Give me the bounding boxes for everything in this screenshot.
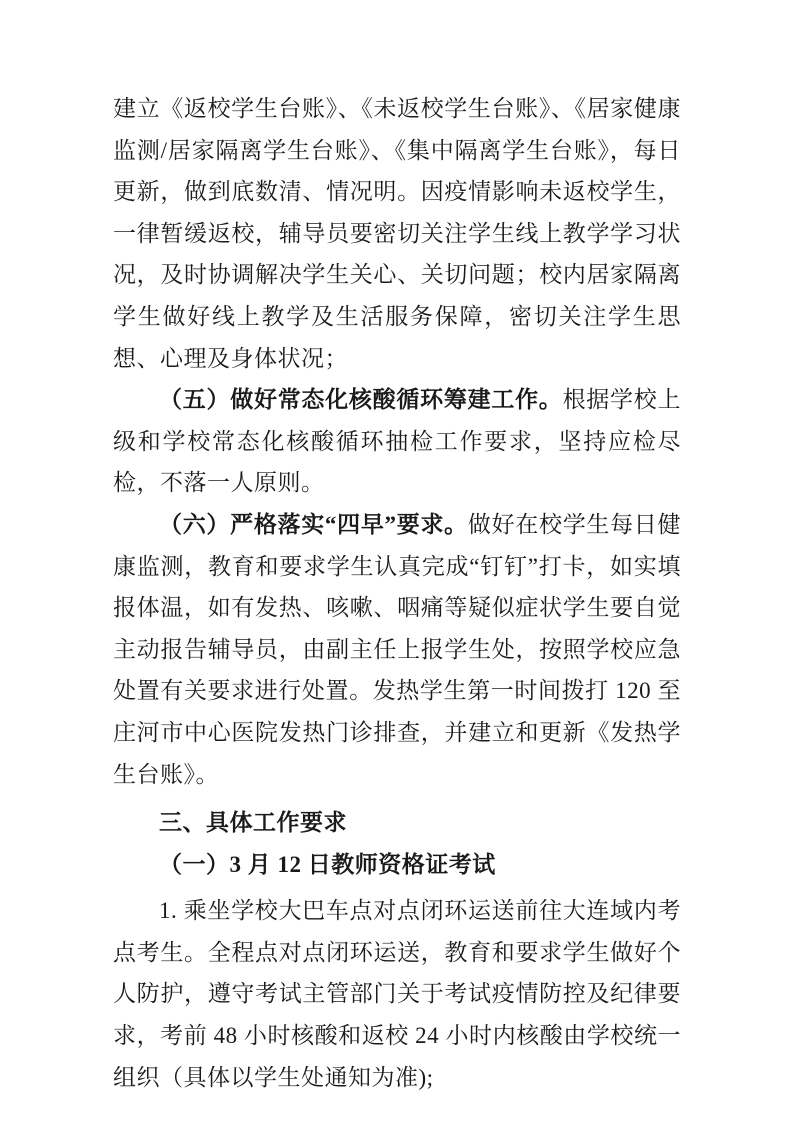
paragraph-item-5-lead: （五）做好常态化核酸循环筹建工作。 [159,387,563,412]
document-content: 建立《返校学生台账》、《未返校学生台账》、《居家健康监测/居家隔离学生台账》、《… [113,88,681,1098]
subsection-heading-1: （一）3 月 12 日教师资格证考试 [113,844,681,886]
paragraph-ledgers-continuation: 建立《返校学生台账》、《未返校学生台账》、《居家健康监测/居家隔离学生台账》、《… [113,88,681,379]
document-page: 建立《返校学生台账》、《未返校学生台账》、《居家健康监测/居家隔离学生台账》、《… [0,0,794,1123]
section-heading-3: 三、具体工作要求 [113,802,681,844]
paragraph-item-5: （五）做好常态化核酸循环筹建工作。根据学校上级和学校常态化核酸循环抽检工作要求，… [113,379,681,504]
paragraph-item-6-body: 做好在校学生每日健康监测，教育和要求学生认真完成“钉钉”打卡，如实填报体温，如有… [113,512,681,787]
paragraph-item-6: （六）严格落实“四早”要求。做好在校学生每日健康监测，教育和要求学生认真完成“钉… [113,504,681,795]
paragraph-item-6-lead: （六）严格落实“四早”要求。 [159,512,468,537]
paragraph-exam-transport: 1. 乘坐学校大巴车点对点闭环运送前往大连域内考点考生。全程点对点闭环运送，教育… [113,890,681,1098]
